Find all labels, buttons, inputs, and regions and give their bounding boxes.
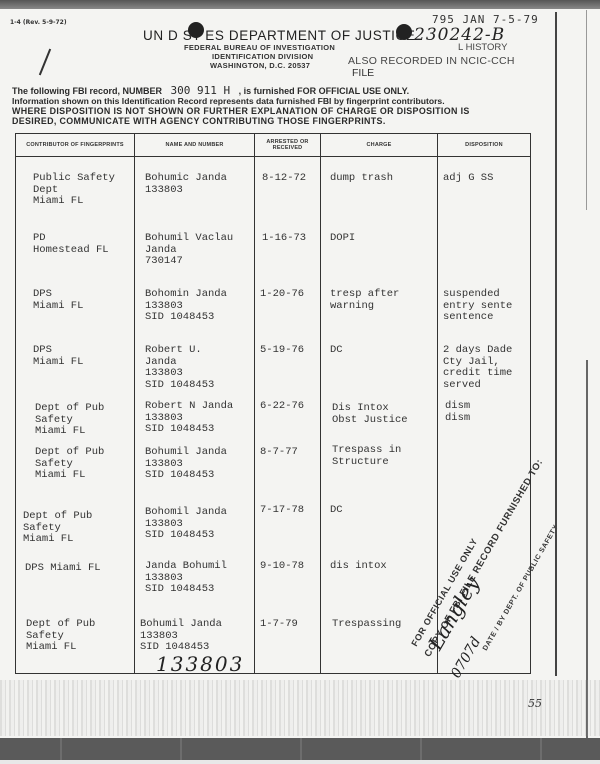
name-cell: Robert N Janda 133803 SID 1048453 [145, 401, 233, 436]
name-cell: Bohomin Janda 133803 SID 1048453 [145, 289, 227, 324]
date-cell: 1-20-76 [260, 289, 304, 301]
punch-hole [396, 24, 412, 40]
division-name: IDENTIFICATION DIVISION [212, 52, 313, 61]
scan-noise-band [0, 680, 600, 736]
name-cell: Bohumil Janda 133803 SID 1048453 [140, 619, 222, 654]
date-cell: 9-10-78 [260, 561, 304, 573]
contributor-cell: Public Safety Dept Miami FL [33, 173, 115, 208]
department-title: UN D ST ES DEPARTMENT OF JUSTICE [143, 28, 415, 43]
date-cell: 6-22-76 [260, 401, 304, 413]
page-number: 55 [528, 697, 542, 710]
header-contributor: CONTRIBUTOR OF FINGERPRINTS [16, 134, 134, 156]
binder-edge [555, 12, 557, 676]
charge-cell: dump trash [330, 173, 393, 185]
scan-edge [586, 10, 587, 210]
table-header: CONTRIBUTOR OF FINGERPRINTS NAME AND NUM… [16, 134, 530, 157]
date-cell: 1-16-73 [262, 233, 306, 245]
name-cell: Bohumil Janda 133803 SID 1048453 [145, 447, 227, 482]
contributor-cell: Dept of Pub Safety Miami FL [35, 403, 104, 438]
header-disposition: DISPOSITION [438, 134, 530, 156]
intro-line-2: Information shown on this Identification… [12, 96, 445, 106]
contributor-cell: Dept of Pub Safety Miami FL [35, 447, 104, 482]
history-stamp: L HISTORY [458, 42, 507, 53]
contributor-cell: Dept of Pub Safety Miami FL [23, 511, 92, 546]
intro-line-3: WHERE DISPOSITION IS NOT SHOWN OR FURTHE… [12, 106, 470, 116]
header-charge: CHARGE [321, 134, 437, 156]
name-cell: Bohomil Janda 133803 SID 1048453 [145, 507, 227, 542]
handwritten-date: 0707d [448, 634, 484, 681]
date-cell: 7-17-78 [260, 505, 304, 517]
intro-line-4: DESIRED, COMMUNICATE WITH AGENCY CONTRIB… [12, 116, 386, 126]
date-cell: 5-19-76 [260, 345, 304, 357]
disposition-cell: suspended entry sente sentence [443, 289, 512, 324]
disposition-cell: dism dism [445, 401, 470, 424]
scan-bottom-strip [0, 760, 600, 764]
file-stamp: FILE [352, 67, 374, 79]
ncic-stamp: ALSO RECORDED IN NCIC-CCH [348, 55, 515, 67]
contributor-cell: Dept of Pub Safety Miami FL [26, 619, 95, 654]
disposition-cell: adj G SS [443, 173, 493, 185]
date-cell: 8-12-72 [262, 173, 306, 185]
disposition-cell: 2 days Dade Cty Jail, credit time served [443, 345, 512, 391]
pen-slash-mark [39, 49, 51, 76]
charge-cell: Trespassing [332, 619, 401, 631]
charge-cell: DC [330, 345, 343, 357]
name-cell: Bohumic Janda 133803 [145, 173, 227, 196]
charge-cell: Dis Intox Obst Justice [332, 403, 408, 426]
date-cell: 8-7-77 [260, 447, 298, 459]
column-divider [254, 134, 255, 673]
bureau-name: FEDERAL BUREAU OF INVESTIGATION [184, 43, 335, 52]
charge-cell: DOPI [330, 233, 355, 245]
fbi-identification-record-page: 1-4 (Rev. 5-9-72) UN D ST ES DEPARTMENT … [0, 0, 600, 764]
intro-suffix: , is furnished FOR OFFICIAL USE ONLY. [239, 86, 410, 96]
header-arrested: ARRESTED OR RECEIVED [255, 134, 320, 156]
punch-hole [188, 22, 204, 38]
address: WASHINGTON, D.C. 20537 [210, 61, 310, 70]
intro-prefix: The following FBI record, NUMBER [12, 86, 162, 96]
certification-stamp: FOR OFFICIAL USE ONLY COPY OF FBI FILE R… [396, 470, 546, 670]
scan-top-edge [0, 0, 600, 9]
name-cell: Robert U. Janda 133803 SID 1048453 [145, 345, 214, 391]
form-number: 1-4 (Rev. 5-9-72) [10, 19, 67, 26]
header-name-number: NAME AND NUMBER [135, 134, 254, 156]
contributor-cell: DPS Miami FL [25, 563, 101, 575]
scan-bottom-edge [0, 738, 600, 760]
name-cell: Janda Bohumil 133803 SID 1048453 [145, 561, 227, 596]
column-divider [320, 134, 321, 673]
charge-cell: dis intox [330, 561, 387, 573]
charge-cell: Trespass in Structure [332, 445, 401, 468]
contributor-cell: PD Homestead FL [33, 233, 109, 256]
contributor-cell: DPS Miami FL [33, 345, 83, 368]
handwritten-id-number: 133803 [156, 652, 244, 676]
name-cell: Bohumil Vaclau Janda 730147 [145, 233, 233, 268]
charge-cell: DC [330, 505, 343, 517]
contributor-cell: DPS Miami FL [33, 289, 83, 312]
column-divider [134, 134, 135, 673]
date-cell: 1-7-79 [260, 619, 298, 631]
charge-cell: tresp after warning [330, 289, 399, 312]
